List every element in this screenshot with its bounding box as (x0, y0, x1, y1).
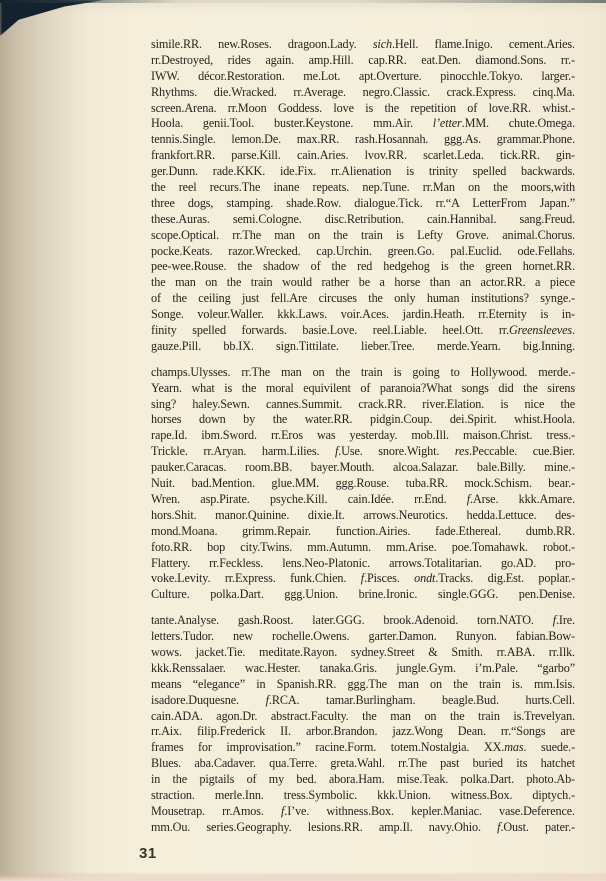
text-line: the man on the train would rather be a h… (151, 275, 575, 291)
paragraph-3: tante.Analyse. gash.Roost. later.GGG. br… (151, 613, 575, 835)
text-line: Songe. voleur.Waller. kkk.Laws. voir.Ace… (151, 307, 575, 323)
text-line: Hoola. genii.Tool. buster.Keystone. mm.A… (151, 116, 575, 132)
text-line: pocke.Keats. razor.Wrecked. cap.Urchin. … (151, 244, 575, 260)
text-line: hors.Shit. manor.Quinine. dixie.It. arro… (151, 508, 575, 524)
text-line: Culture. polka.Dart. ggg.Union. brine.Ir… (151, 587, 575, 603)
paragraph-2: champs.Ulysses. rr.The man on the train … (151, 365, 575, 603)
page-top-edge (0, 0, 606, 3)
text-line: scope.Optical. rr.The man on the train i… (151, 228, 575, 244)
text-line: rr.Aix. filip.Frederick II. arbor.Brando… (151, 724, 575, 740)
text-line: these.Auras. semi.Cologne. disc.Retribut… (151, 212, 575, 228)
text-line: kkk.Renssalaer. wac.Hester. tanaka.Gris.… (151, 661, 575, 677)
text-line: finity spelled forwards. basie.Love. ree… (151, 323, 575, 339)
text-line: Flattery. rr.Feckless. lens.Neo-Platonic… (151, 556, 575, 572)
text-line: foto.RR. bop city.Twins. mm.Autumn. mm.A… (151, 540, 575, 556)
text-line: pauker.Caracas. room.BB. bayer.Mouth. al… (151, 460, 575, 476)
text-line: three dogs, stamping. shade.Row. dialogu… (151, 196, 575, 212)
text-line: pee-wee.Rouse. the shadow of the red hed… (151, 259, 575, 275)
text-line: Blues. aba.Cadaver. qua.Terre. greta.Wah… (151, 756, 575, 772)
text-line: voke.Levity. rr.Express. funk.Chien. f.P… (151, 571, 575, 587)
text-line: rr.Destroyed, rides again. amp.Hill. cap… (151, 53, 575, 69)
text-line: ger.Dunn. rade.KKK. ide.Fix. rr.Alienati… (151, 164, 575, 180)
text-line: Nuit. bad.Mention. glue.MM. ggg.Rouse. t… (151, 476, 575, 492)
text-line: tante.Analyse. gash.Roost. later.GGG. br… (151, 613, 575, 629)
paragraph-1: simile.RR. new.Roses. dragoon.Lady. sich… (151, 37, 575, 355)
text-line: letters.Tudor. new rochelle.Owens. garte… (151, 629, 575, 645)
page-bottom-edge (0, 872, 606, 881)
text-line: Mousetrap. rr.Amos. f.I’ve. withness.Box… (151, 804, 575, 820)
page-number: 31 (139, 845, 157, 862)
text-line: wows. jacket.Tie. meditate.Rayon. sydney… (151, 645, 575, 661)
text-line: in the pigtails of my bed. abora.Ham. mi… (151, 772, 575, 788)
text-line: frames for improvisation.” racine.Form. … (151, 740, 575, 756)
text-line: screen.Arena. rr.Moon Goddess. love is t… (151, 101, 575, 117)
text-line: Wren. asp.Pirate. psyche.Kill. cain.Idée… (151, 492, 575, 508)
text-line: gauze.Pill. bb.IX. sign.Tittilate. liebe… (151, 339, 575, 355)
text-line: means “elegance” in Spanish.RR. ggg.The … (151, 677, 575, 693)
text-line: champs.Ulysses. rr.The man on the train … (151, 365, 575, 381)
text-line: frankfort.RR. parse.Kill. cain.Aries. lv… (151, 148, 575, 164)
text-line: straction. merle.Inn. tress.Symbolic. kk… (151, 788, 575, 804)
text-line: Rhythms. die.Wracked. rr.Average. negro.… (151, 85, 575, 101)
text-line: Trickle. rr.Aryan. harm.Lilies. f.Use. s… (151, 444, 575, 460)
text-line: tennis.Single. lemon.De. max.RR. rash.Ho… (151, 132, 575, 148)
text-block: simile.RR. new.Roses. dragoon.Lady. sich… (151, 37, 575, 836)
text-line: cain.ADA. agon.Dr. abstract.Faculty. the… (151, 709, 575, 725)
text-line: mond.Moana. grimm.Repair. function.Airie… (151, 524, 575, 540)
text-line: horses down by the water.RR. pidgin.Coup… (151, 412, 575, 428)
text-line: IWW. décor.Restoration. me.Lot. apt.Over… (151, 69, 575, 85)
text-line: simile.RR. new.Roses. dragoon.Lady. sich… (151, 37, 575, 53)
book-page: simile.RR. new.Roses. dragoon.Lady. sich… (0, 0, 606, 881)
text-line: mm.Ou. series.Geography. lesions.RR. amp… (151, 820, 575, 836)
text-line: sing? haley.Sewn. cannes.Summit. crack.R… (151, 397, 575, 413)
text-line: isadore.Duquesne. f.RCA. tamar.Burlingha… (151, 693, 575, 709)
text-line: Yearn. what is the moral equivilent of p… (151, 381, 575, 397)
text-line: rape.Id. ibm.Sword. rr.Eros was yesterda… (151, 428, 575, 444)
text-line: of the ceiling just fell.Are circuses th… (151, 291, 575, 307)
text-line: the reel recurs.The inane repeats. nep.T… (151, 180, 575, 196)
gutter-shadow (0, 0, 90, 881)
